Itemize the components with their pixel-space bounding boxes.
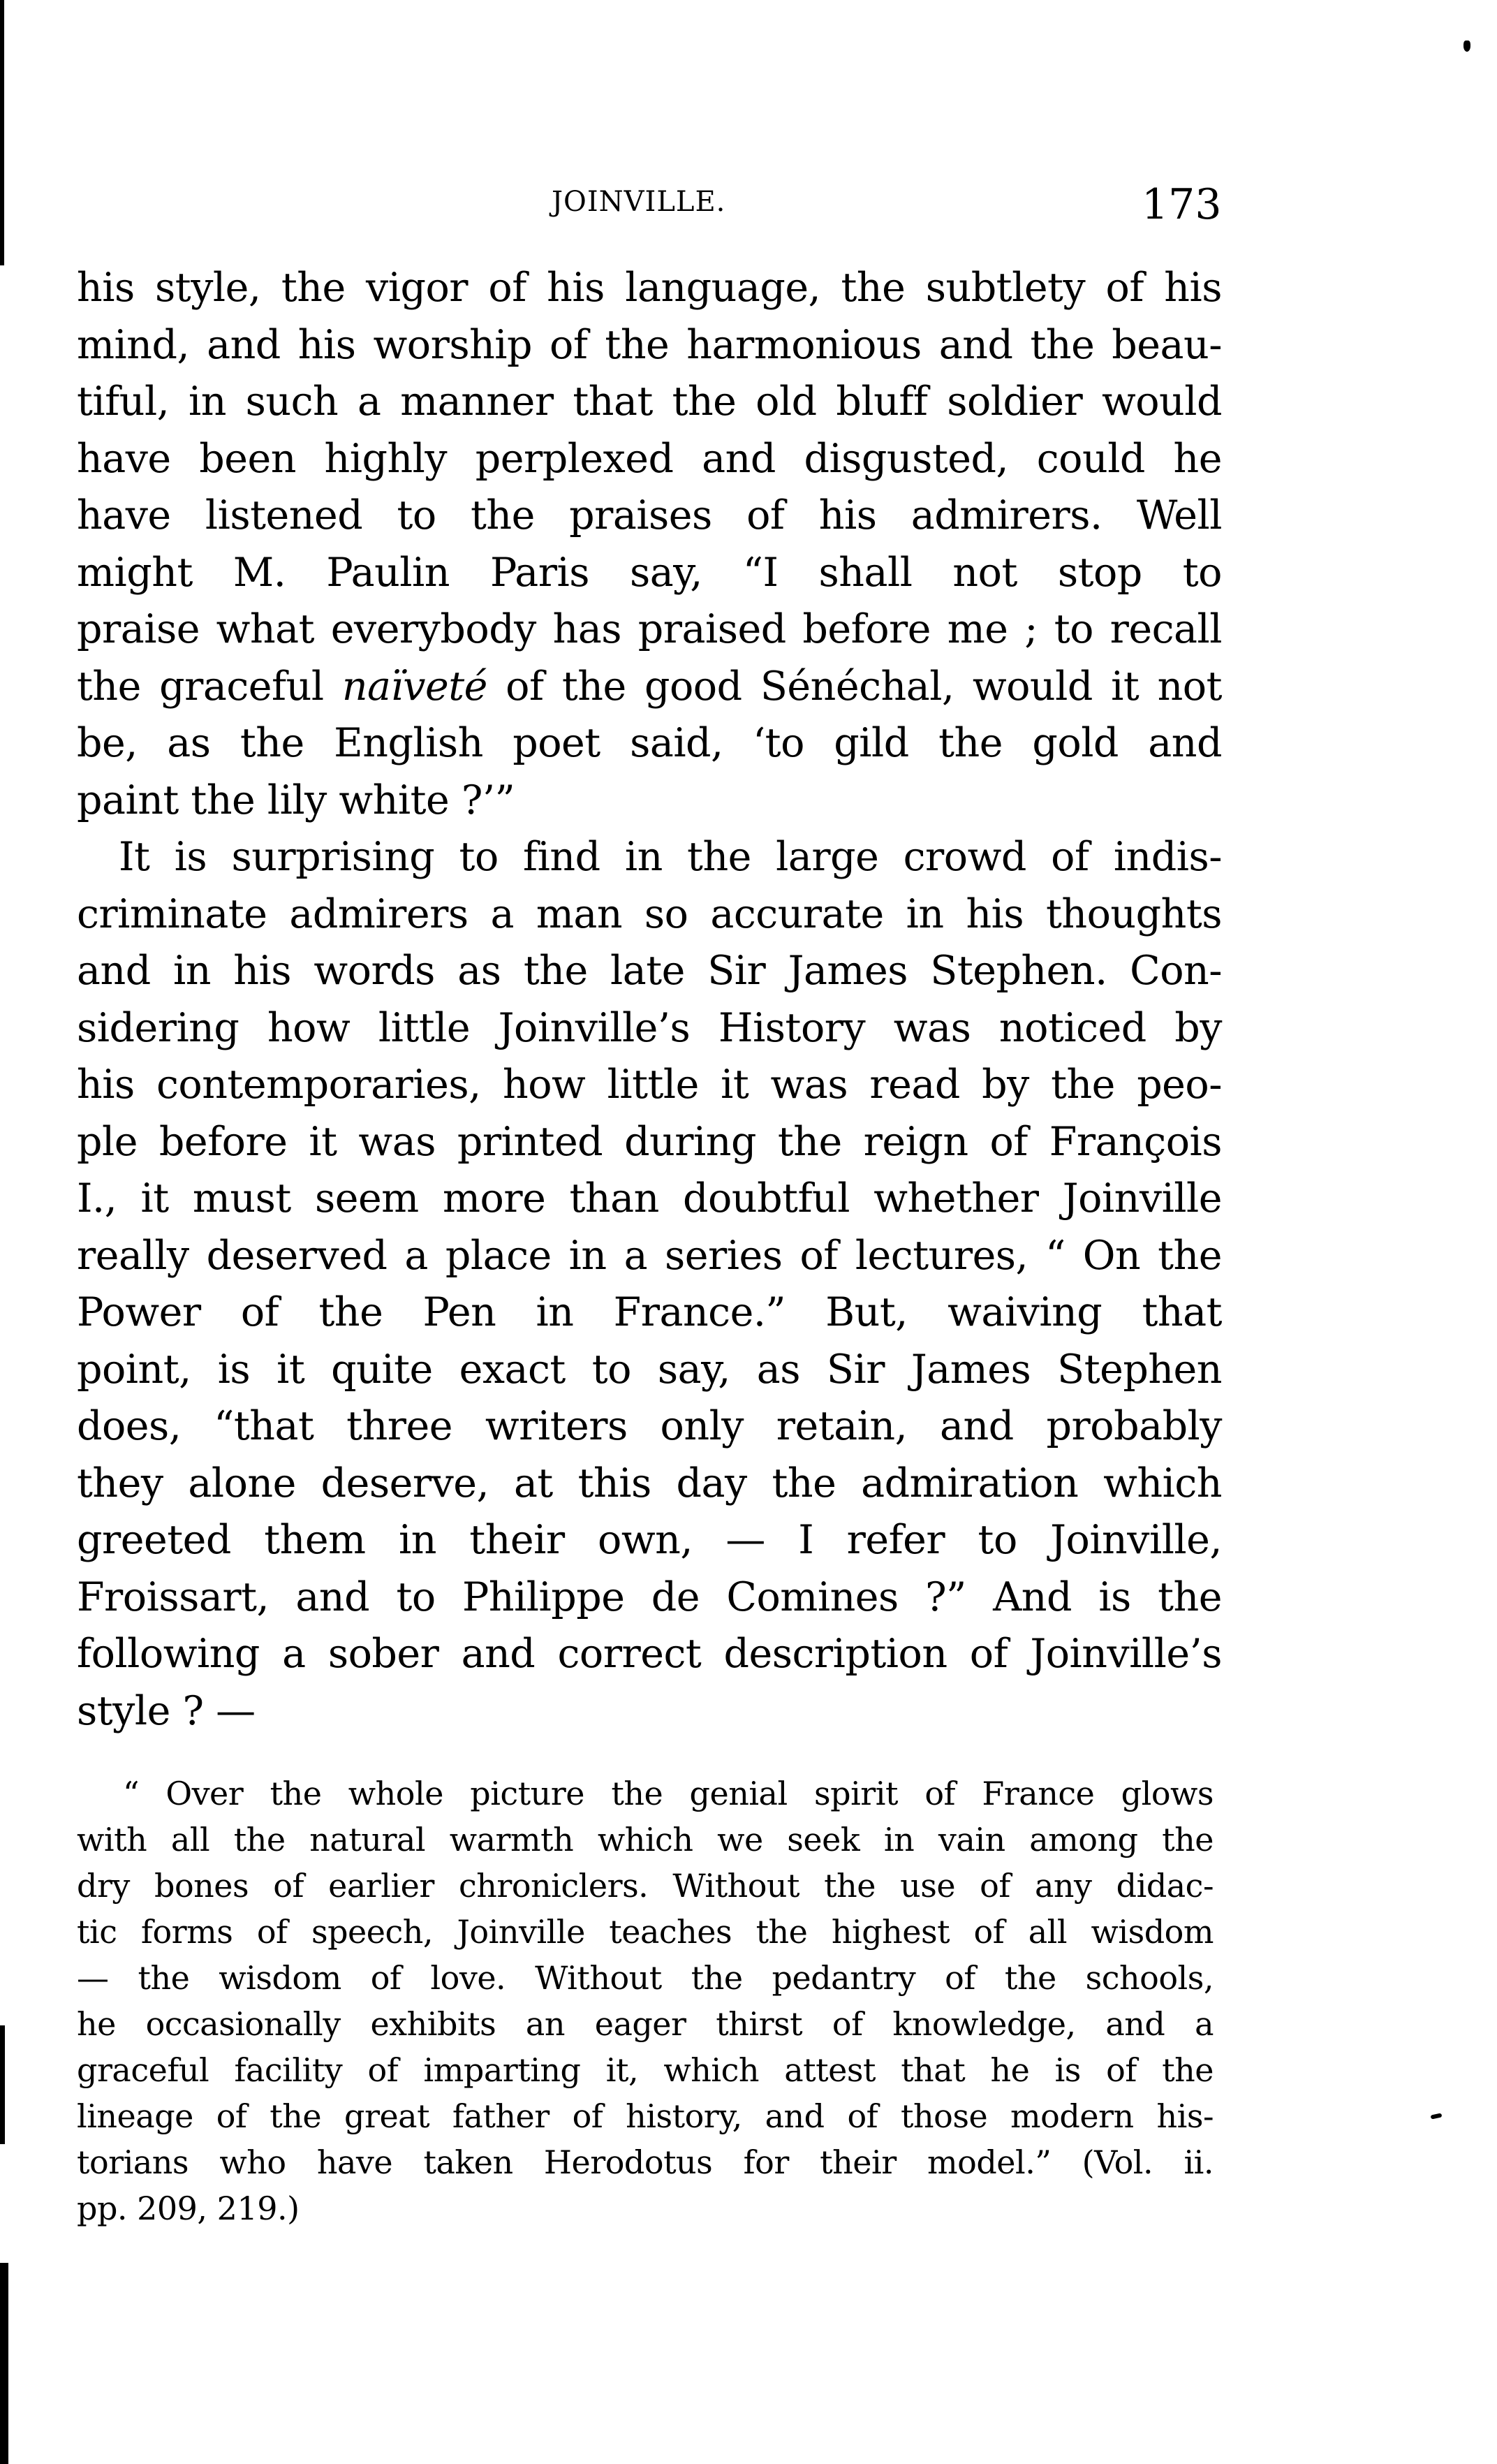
quote-line: graceful facility of imparting it, which… (77, 2047, 1214, 2093)
quote-line: he occasionally exhibits an eager thirst… (77, 2001, 1214, 2047)
ink-speck (1463, 41, 1470, 52)
text-line: have listened to the praises of his admi… (77, 487, 1222, 545)
text-line: ple before it was printed during the rei… (77, 1114, 1222, 1171)
text-line: the graceful naïveté of the good Sénécha… (77, 659, 1222, 716)
text-line: paint the lily white ?’” (77, 772, 1222, 830)
quote-line: torians who have taken Herodotus for the… (77, 2139, 1214, 2185)
italic-term: naïveté (342, 663, 487, 710)
quote-line: “ Over the whole picture the genial spir… (77, 1770, 1214, 1817)
text-line: mind, and his worship of the harmonious … (77, 317, 1222, 374)
text-fragment: the graceful (77, 663, 342, 710)
text-line: Power of the Pen in France.” But, waivin… (77, 1284, 1222, 1342)
text-line: and in his words as the late Sir James S… (77, 943, 1222, 1000)
quote-line: — the wisdom of love. Without the pedant… (77, 1955, 1214, 2001)
text-fragment: of the good Sénéchal, would it not (487, 663, 1222, 710)
text-line: might M. Paulin Paris say, “I shall not … (77, 545, 1222, 602)
body-text: his style, the vigor of his language, th… (77, 260, 1222, 1740)
text-line: his style, the vigor of his language, th… (77, 260, 1222, 317)
text-line: his contemporaries, how little it was re… (77, 1057, 1222, 1114)
text-line: point, is it quite exact to say, as Sir … (77, 1342, 1222, 1399)
text-line: following a sober and correct descriptio… (77, 1626, 1222, 1683)
text-line: greeted them in their own, — I refer to … (77, 1512, 1222, 1569)
quote-line: lineage of the great father of history, … (77, 2093, 1214, 2139)
book-page: JOINVILLE. 173 his style, the vigor of h… (0, 0, 1497, 2464)
page-number: 173 (1142, 180, 1222, 229)
running-head: JOINVILLE. 173 (0, 180, 1497, 222)
text-line: Froissart, and to Philippe de Comines ?”… (77, 1569, 1222, 1627)
text-line: sidering how little Joinville’s History … (77, 1000, 1222, 1057)
text-line: tiful, in such a manner that the old blu… (77, 374, 1222, 431)
quote-line: dry bones of earlier chroniclers. Withou… (77, 1863, 1214, 1909)
text-line: have been highly perplexed and disgusted… (77, 431, 1222, 488)
text-line: praise what everybody has praised before… (77, 601, 1222, 659)
text-line: does, “that three writers only retain, a… (77, 1398, 1222, 1455)
quote-citation: pp. 209, 219.) (77, 2185, 1214, 2231)
ink-speck (1431, 2113, 1443, 2119)
quote-line: tic forms of speech, Joinville teaches t… (77, 1909, 1214, 1955)
text-line: I., it must seem more than doubtful whet… (77, 1171, 1222, 1228)
scan-edge-shadow (0, 0, 4, 265)
text-line: criminate admirers a man so accurate in … (77, 886, 1222, 944)
text-line: really deserved a place in a series of l… (77, 1228, 1222, 1285)
text-line: they alone deserve, at this day the admi… (77, 1455, 1222, 1513)
scan-edge-shadow (0, 2025, 5, 2144)
paragraph-start: It is surprising to find in the large cr… (77, 829, 1222, 886)
text-line: style ? — (77, 1683, 1222, 1740)
text-line: be, as the English poet said, ‘to gild t… (77, 715, 1222, 772)
quote-line: with all the natural warmth which we see… (77, 1817, 1214, 1863)
scan-edge-shadow (0, 2263, 8, 2464)
block-quote: “ Over the whole picture the genial spir… (77, 1770, 1214, 2231)
running-title: JOINVILLE. (552, 186, 725, 218)
